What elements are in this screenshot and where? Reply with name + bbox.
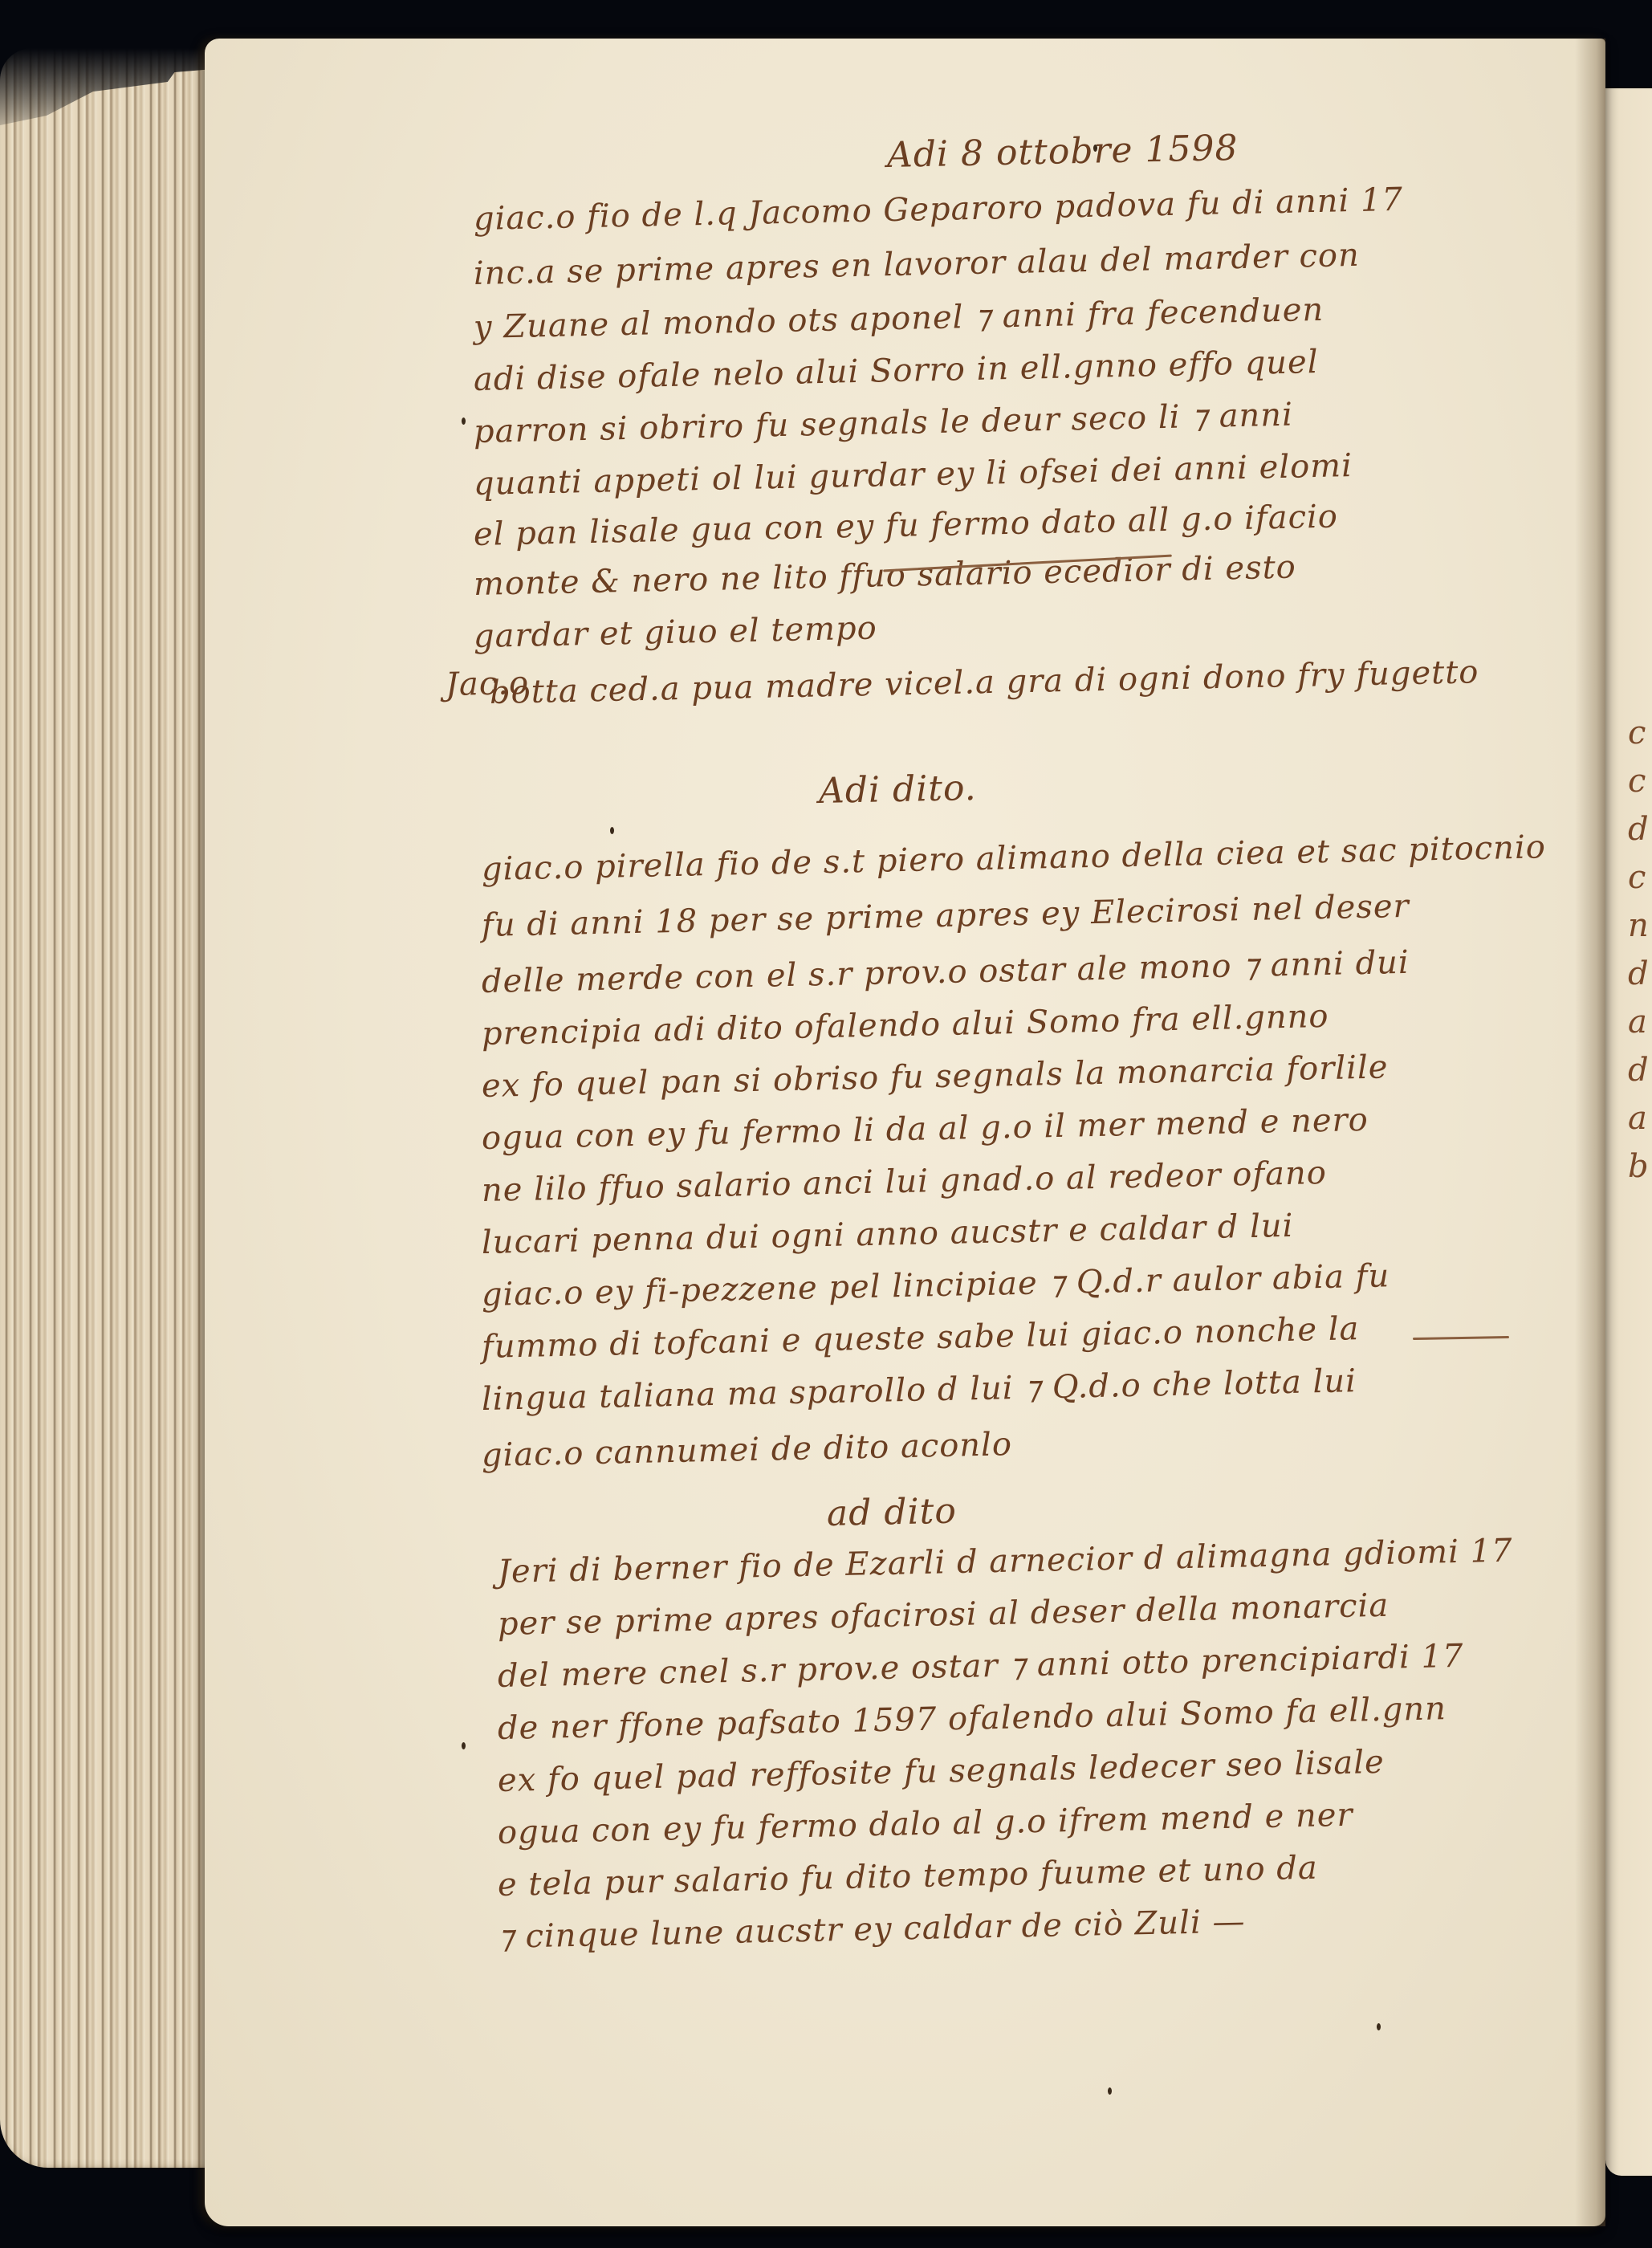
facing-page-fragment: d — [1628, 1052, 1649, 1089]
facing-page-fragment: d — [1628, 955, 1649, 992]
book-page-edges — [0, 48, 233, 2168]
paper-speck — [1093, 145, 1097, 152]
facing-page-fragment: a — [1628, 1100, 1647, 1137]
facing-page-fragment: a — [1628, 1004, 1647, 1041]
facing-page-fragment: b — [1628, 1148, 1649, 1185]
facing-page-fragment: c — [1628, 763, 1646, 800]
paper-speck — [462, 1742, 466, 1749]
entry-heading: Adi 8 ottobre 1598 — [886, 128, 1239, 176]
paper-speck — [462, 417, 466, 425]
facing-page-fragment: n — [1628, 907, 1649, 944]
entry-heading: Adi dito. — [818, 768, 977, 812]
paper-speck — [1377, 2023, 1381, 2030]
facing-page-fragment: c — [1628, 859, 1646, 896]
entry-heading: ad dito — [826, 1491, 957, 1534]
facing-page-fragment: c — [1628, 715, 1646, 751]
paper-speck — [1108, 2087, 1112, 2095]
facing-page-fragment: d — [1628, 811, 1649, 848]
paper-speck — [610, 827, 614, 834]
page-gutter-shadow — [1575, 39, 1605, 2226]
